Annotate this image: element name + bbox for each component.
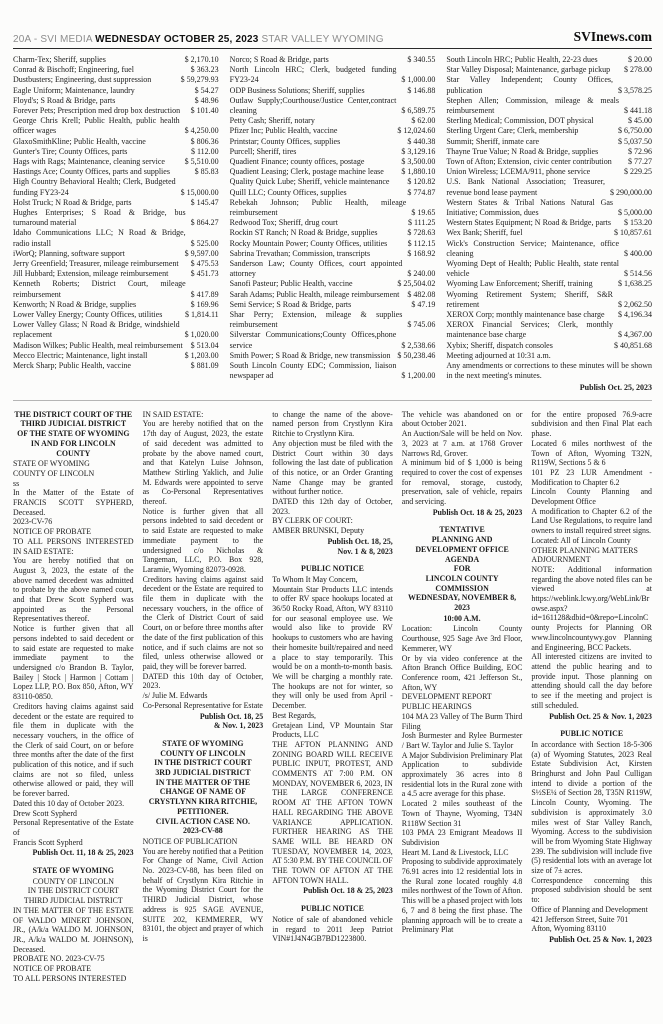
notice-column-4: The vehicle was abandoned on or about Oc… <box>402 410 523 984</box>
notice-paragraph: for the entire proposed 76.9-acre subdiv… <box>531 410 652 439</box>
notice-paragraph: Josh Burmester and Rylee Burmester / Bar… <box>402 731 523 750</box>
expense-vendor-label: Conrad & Bischoff; Engineering, fuel <box>13 65 186 75</box>
notice-paragraph: AMBER BRUNSKI, Deputy <box>272 526 393 536</box>
expense-entry: North Lincoln HRC; Clerk, budgeted fundi… <box>230 65 436 85</box>
expense-amount: $ 169.96 <box>186 300 219 310</box>
expense-amount: $ 12,024.60 <box>392 126 435 136</box>
publish-line: Publish Oct. 25, 2023 <box>446 383 652 393</box>
expense-vendor-label: Quill LLC; County Offices, supplies <box>230 188 403 198</box>
expense-vendor-label: Madison Wilkes; Public Health, meal reim… <box>13 341 186 351</box>
expense-vendor-label: Summit; Sheriff, inmate care <box>446 137 613 147</box>
notice-paragraph: You are hereby notified that on the 17th… <box>143 419 264 506</box>
expense-vendor-label: Idaho Communications LLC; N Road & Bridg… <box>13 228 186 248</box>
expense-amount: $ 745.06 <box>402 320 435 330</box>
notice-paragraph: 2023-CV-76 <box>13 517 134 527</box>
expense-entry: Forever Pets; Prescription med drop box … <box>13 106 219 116</box>
expense-vendor-label: Norco; S Road & Bridge, parts <box>230 55 403 65</box>
expense-vendor-label: Kenneth Roberts; District Court, mileage… <box>13 279 186 299</box>
expense-vendor-label: Kenworth; N Road & Bridge, supplies <box>13 300 186 310</box>
notice-heading: STATE OF WYOMING <box>13 866 134 876</box>
expense-entry: Jill Hubbard; Extension, mileage reimbur… <box>13 269 219 279</box>
expense-entry: Outlaw Supply;Courthouse/Justice Center,… <box>230 96 436 116</box>
expense-entry: South Lincoln County EDC; Commission, li… <box>230 361 436 381</box>
expense-vendor-label: Redwood Tox; Sheriff, drug court <box>230 218 403 228</box>
expense-amount: $ 19.65 <box>406 208 435 218</box>
expense-entry: Wick's Construction Service; Maintenance… <box>446 239 652 259</box>
expense-entry: Western States & Tribal Nations Natural … <box>446 198 652 218</box>
expense-entry: Printstar; County Offices, supplies$ 440… <box>230 137 436 147</box>
notice-paragraph: BY CLERK OF COURT: <box>272 516 393 526</box>
publish-line: Publish Oct. 11, 18 & 25, 2023 <box>13 848 134 858</box>
expense-amount: $ 451.73 <box>186 269 219 279</box>
expense-entry: Quadient Leasing; Clerk, postage machine… <box>230 167 436 177</box>
masthead-location: STAR VALLEY WYOMING <box>262 34 384 45</box>
expense-vendor-label: Shar Perry; Extension, mileage & supplie… <box>230 310 403 330</box>
notice-heading: 10:00 A.M. <box>402 614 523 624</box>
website-name: SVInews.com <box>574 29 652 45</box>
notice-paragraph: NOTICE OF PROBATE <box>13 527 134 537</box>
expense-entry: ODP Business Solutions; Sheriff, supplie… <box>230 86 436 96</box>
expense-vendor-label: Silverstar Communications;County Offices… <box>230 330 397 350</box>
notice-paragraph: Office of Planning and Development <box>531 905 652 915</box>
notice-paragraph: Co-Personal Representative for Estate <box>143 701 264 711</box>
expense-amount: $ 168.92 <box>402 249 435 259</box>
expense-entry: Shar Perry; Extension, mileage & supplie… <box>230 310 436 330</box>
notice-paragraph: In accordance with Section 18-5-306 (a) … <box>531 740 652 876</box>
expense-vendor-label: Sarah Adams; Public Health, mileage reim… <box>230 290 403 300</box>
expense-entry: Petty Cash; Sheriff, notary$ 62.00 <box>230 116 436 126</box>
expense-entry: Stephen Allen; Commission, mileage & mea… <box>446 96 652 116</box>
masthead-left: 20A - SVI MEDIA WEDNESDAY OCTOBER 25, 20… <box>13 34 384 45</box>
notice-paragraph: Located 2 miles southeast of the Town of… <box>402 799 523 828</box>
expense-amount: $ 417.89 <box>186 290 219 300</box>
notice-paragraph: Notice is further given that all persons… <box>143 507 264 575</box>
publish-line: Publish Oct. 25 & Nov. 1, 2023 <box>531 935 652 945</box>
expense-entry: Xybix; Sheriff, dispatch consoles$ 40,85… <box>446 341 652 351</box>
expense-entry: Sanofi Pasteur; Public Health, vaccine$ … <box>230 279 436 289</box>
expense-vendor-label: XEROX Financial Services; Clerk, monthly… <box>446 320 613 340</box>
expense-entry: Rockin ST Ranch; N Road & Bridge, suppli… <box>230 228 436 238</box>
expense-amount: $ 25,504.02 <box>392 279 435 289</box>
notice-paragraph: Notice of sale of abandoned vehicle in r… <box>272 915 393 944</box>
expense-column-3: South Lincoln HRC; Public Health, 22-23 … <box>446 55 652 393</box>
expense-vendor-label: Quadient Leasing; Clerk, postage machine… <box>230 167 397 177</box>
expense-entry: Merck Sharp; Public Health, vaccine$ 881… <box>13 361 219 371</box>
expense-entry: Sanderson Law; County Offices, court app… <box>230 259 436 279</box>
expense-entry: Lower Valley Glass; N Road & Bridge, win… <box>13 320 219 340</box>
expense-amount: $ 4,367.00 <box>613 330 652 340</box>
expense-entry: Dustbusters; Engineering, dust suppressi… <box>13 75 219 85</box>
expense-amount: $ 48.96 <box>190 96 219 106</box>
notice-paragraph: Creditors having claims against said dec… <box>143 575 264 672</box>
notice-paragraph: 103 PMA 23 Emigrant Meadows II Subdivisi… <box>402 828 523 847</box>
expense-amount: $ 85.83 <box>190 167 219 177</box>
notice-paragraph: Dated this 10 day of October 2023. <box>13 799 134 809</box>
expense-vendor-label: Smith Power; S Road & Bridge, new transm… <box>230 351 393 361</box>
notice-paragraph: In the Matter of the Estate of FRANCIS S… <box>13 488 134 517</box>
expense-vendor-label: Sterling Medical; Commission, DOT physic… <box>446 116 623 126</box>
expense-vendor-label: George Chris Krell; Public Health, publi… <box>13 116 180 136</box>
expense-vendor-label: High Country Behavioral Health; Clerk, B… <box>13 177 176 197</box>
expense-vendor-label: iWorQ; Planning, software support <box>13 249 180 259</box>
expense-amount: $ 112.15 <box>403 239 436 249</box>
expense-entry: Purcell; Sheriff, tires$ 3,129.16 <box>230 147 436 157</box>
expense-vendor-label: ODP Business Solutions; Sheriff, supplie… <box>230 86 403 96</box>
expense-entry: GlaxoSmithKline; Public Health, vaccine$… <box>13 137 219 147</box>
expense-entry: Charm-Tex; Sheriff, supplies$ 2,170.10 <box>13 55 219 65</box>
expense-entry: Redwood Tox; Sheriff, drug court$ 111.25 <box>230 218 436 228</box>
expense-vendor-label: Thayne True Value; N Road & Bridge, supp… <box>446 147 623 157</box>
notice-paragraph: The vehicle was abandoned on or about Oc… <box>402 410 523 429</box>
expense-vendor-label: Eagle Uniform; Maintenance, laundry <box>13 86 190 96</box>
expense-vendor-label: Stephen Allen; Commission, mileage & mea… <box>446 96 619 116</box>
notice-paragraph: ss <box>13 479 134 489</box>
expense-vendor-label: Rocky Mountain Power; County Offices, ut… <box>230 239 403 249</box>
notice-paragraph: Drew Scott Sypherd <box>13 809 134 819</box>
notice-paragraph: Afton, Wyoming 83110 <box>531 924 652 934</box>
expense-amount: $ 340.55 <box>402 55 435 65</box>
expense-entry: Quadient Finance; county offices, postag… <box>230 157 436 167</box>
expense-amount: $ 1,880.10 <box>396 167 435 177</box>
notice-heading: PUBLIC NOTICE <box>531 729 652 739</box>
expense-entry: iWorQ; Planning, software support$ 9,597… <box>13 249 219 259</box>
newspaper-page: 20A - SVI MEDIA WEDNESDAY OCTOBER 25, 20… <box>0 0 663 1024</box>
expense-entry: Semi Service; S Road & Bridge, parts$ 47… <box>230 300 436 310</box>
notice-heading: THE DISTRICT COURT OF THE THIRD JUDICIAL… <box>13 410 134 459</box>
expense-vendor-label: Petty Cash; Sheriff, notary <box>230 116 407 126</box>
publish-line: Publish Oct. 25 & Nov. 1, 2023 <box>531 712 652 722</box>
expense-vendor-label: Xybix; Sheriff, dispatch consoles <box>446 341 609 351</box>
expense-vendor-label: South Lincoln HRC; Public Health, 22-23 … <box>446 55 623 65</box>
notice-paragraph: Located: All of Lincoln County <box>531 536 652 546</box>
expense-vendor-label: U.S. Bank National Association; Treasure… <box>446 177 605 197</box>
expense-entry: Hags with Rags; Maintenance, cleaning se… <box>13 157 219 167</box>
expense-amount: $ 514.56 <box>619 269 652 279</box>
notice-column-2: IN SAID ESTATE:You are hereby notified t… <box>143 410 264 984</box>
expense-entry: Sterling Urgent Care; Clerk, membership$… <box>446 126 652 136</box>
expense-vendor-label: Sterling Urgent Care; Clerk, membership <box>446 126 613 136</box>
expense-amount: $ 1,000.00 <box>396 75 435 85</box>
notice-heading: PUBLIC NOTICE <box>272 564 393 574</box>
notice-paragraph: Proposing to subdivide approximately 76.… <box>402 857 523 935</box>
expense-amount: $ 6,750.00 <box>613 126 652 136</box>
expense-vendor-label: Jill Hubbard; Extension, mileage reimbur… <box>13 269 186 279</box>
expense-amount: $ 482.08 <box>402 290 435 300</box>
expense-vendor-label: Hughes Enterprises; S Road & Bridge, bus… <box>13 208 186 228</box>
expense-amount: $ 2,538.66 <box>396 341 435 351</box>
expense-amount: $ 240.00 <box>402 269 435 279</box>
notice-paragraph: Personal Representative of the Estate of <box>13 818 134 837</box>
expense-entry: Hastings Ace; County Offices, parts and … <box>13 167 219 177</box>
expense-vendor-label: Jerry Greenfield; Treasurer, mileage rei… <box>13 259 186 269</box>
expense-entry: Rebekah Johnson; Public Health, mileage … <box>230 198 436 218</box>
expense-entry: Madison Wilkes; Public Health, meal reim… <box>13 341 219 351</box>
minutes-footnote: Any amendments or corrections to these m… <box>446 361 652 381</box>
notice-paragraph: IN SAID ESTATE: <box>143 410 264 420</box>
expense-vendor-label: Merck Sharp; Public Health, vaccine <box>13 361 186 371</box>
expense-vendor-label: Rebekah Johnson; Public Health, mileage … <box>230 198 407 218</box>
expense-amount: $ 400.00 <box>619 249 652 259</box>
expense-entry: Norco; S Road & Bridge, parts$ 340.55 <box>230 55 436 65</box>
notice-paragraph: STATE OF WYOMING <box>13 459 134 469</box>
expense-amount: $ 120.82 <box>402 177 435 187</box>
expense-vendor-label: Charm-Tex; Sheriff, supplies <box>13 55 180 65</box>
notice-paragraph: Francis Scott Sypherd <box>13 838 134 848</box>
expense-entry: George Chris Krell; Public Health, publi… <box>13 116 219 136</box>
expense-entry: Wyoming Dept of Health; Public Health, s… <box>446 259 652 279</box>
expense-amount: $ 1,638.25 <box>613 279 652 289</box>
notice-paragraph: OTHER PLANNING MATTERS <box>531 546 652 556</box>
expense-amount: $ 6,589.75 <box>396 106 435 116</box>
notice-paragraph: Located 6 miles northwest of the Town of… <box>531 439 652 468</box>
expense-vendor-label: Sanderson Law; County Offices, court app… <box>230 259 403 279</box>
expense-amount: $ 54.27 <box>190 86 219 96</box>
expense-amount: $ 72.96 <box>623 147 652 157</box>
expense-vendor-label: Purcell; Sheriff, tires <box>230 147 397 157</box>
notice-paragraph: Heart M. Land & Livestock, LLC <box>402 848 523 858</box>
masthead: 20A - SVI MEDIA WEDNESDAY OCTOBER 25, 20… <box>13 0 652 49</box>
expense-vendor-label: Quality Quick Lube; Sheriff, vehicle mai… <box>230 177 403 187</box>
expense-vendor-label: Mecco Electric; Maintenance, light insta… <box>13 351 180 361</box>
expense-amount: $ 101.40 <box>186 106 219 116</box>
expense-entry: Summit; Sheriff, inmate care$ 5,037.50 <box>446 137 652 147</box>
notice-paragraph: A minimum bid of $ 1,000 is being requir… <box>402 458 523 507</box>
expense-amount: $ 20.00 <box>623 55 652 65</box>
notice-paragraph: A Major Subdivision Preliminary Plat App… <box>402 751 523 800</box>
notice-paragraph: DEVELOPMENT REPORT <box>402 692 523 702</box>
notice-paragraph: /s/ Julie M. Edwards <box>143 691 264 701</box>
expense-entry: Conrad & Bischoff; Engineering, fuel$ 36… <box>13 65 219 75</box>
expense-entry: Holst Truck; N Road & Bridge, parts$ 145… <box>13 198 219 208</box>
expense-vendor-label: XEROX Corp; monthly maintenance base cha… <box>446 310 613 320</box>
publish-line: Publish Oct. 18 & 25, 2023 <box>402 508 523 518</box>
expense-entry: Silverstar Communications;County Offices… <box>230 330 436 350</box>
expense-amount: $ 3,129.16 <box>396 147 435 157</box>
expense-vendor-label: Pfizer Inc; Public Health, vaccine <box>230 126 393 136</box>
expense-entry: Wyoming Retirement System; Sheriff, S&R … <box>446 290 652 310</box>
expense-vendor-label: North Lincoln HRC; Clerk, budgeted fundi… <box>230 65 397 85</box>
expense-vendor-label: Wex Bank; Sheriff, fuel <box>446 228 609 238</box>
expense-vendor-label: Hags with Rags; Maintenance, cleaning se… <box>13 157 180 167</box>
notice-paragraph: You are hereby notified that on August 3… <box>13 556 134 624</box>
expense-vendor-label: Dustbusters; Engineering, dust suppressi… <box>13 75 176 85</box>
expense-amount: $ 112.00 <box>186 147 219 157</box>
notice-paragraph: Best Regards, <box>272 711 393 721</box>
expense-entry: XEROX Financial Services; Clerk, monthly… <box>446 320 652 340</box>
expense-amount: $ 62.00 <box>406 116 435 126</box>
expense-amount: $ 363.23 <box>186 65 219 75</box>
notice-paragraph: PUBLIC HEARINGS <box>402 702 523 712</box>
expense-entry: Star Valley Independent; County Offices,… <box>446 75 652 95</box>
publish-line: Publish Oct. 18, 25, Nov. 1 & 8, 2023 <box>272 537 393 556</box>
expense-entry: Star Valley Disposal; Maintenance, garba… <box>446 65 652 75</box>
expense-amount: $ 45.00 <box>623 116 652 126</box>
expense-amount: $ 146.88 <box>402 86 435 96</box>
notice-column-5: for the entire proposed 76.9-acre subdiv… <box>531 410 652 984</box>
expense-amount: $ 229.25 <box>619 167 652 177</box>
notice-centered-line: COUNTY OF LINCOLN IN THE DISTRICT COURT … <box>13 877 134 906</box>
notice-paragraph: COUNTY OF LINCOLN <box>13 469 134 479</box>
expense-amount: $ 59,279.93 <box>176 75 219 85</box>
expense-entry: Kenworth; N Road & Bridge, supplies$ 169… <box>13 300 219 310</box>
expense-entry: Sarah Adams; Public Health, mileage reim… <box>230 290 436 300</box>
notice-column-1: THE DISTRICT COURT OF THE THIRD JUDICIAL… <box>13 410 134 984</box>
expense-amount: $ 3,500.00 <box>396 157 435 167</box>
notice-paragraph: PROBATE NO. 2023-CV-75 <box>13 954 134 964</box>
expense-entry: Quality Quick Lube; Sheriff, vehicle mai… <box>230 177 436 187</box>
notice-paragraph: DATED this 12th day of October, 2023. <box>272 497 393 516</box>
expense-column-2: Norco; S Road & Bridge, parts$ 340.55Nor… <box>230 55 436 393</box>
expense-amount: $ 5,510.00 <box>180 157 219 167</box>
notice-paragraph: 101 PZ 23 LUR Amendment - Modification t… <box>531 468 652 487</box>
expense-amount: $ 475.53 <box>186 259 219 269</box>
expense-vendor-label: Sabrina Trevathan; Commission, transcrip… <box>230 249 403 259</box>
expense-amount: $ 806.36 <box>186 137 219 147</box>
expense-entry: Pfizer Inc; Public Health, vaccine$ 12,0… <box>230 126 436 136</box>
expense-vendor-label: Hastings Ace; County Offices, parts and … <box>13 167 190 177</box>
expense-amount: $ 441.18 <box>619 106 652 116</box>
notice-paragraph: Location: Lincoln County Courthouse, 925… <box>402 624 523 653</box>
notice-paragraph: ADJOURNMENT <box>531 555 652 565</box>
expense-amount: $ 881.09 <box>186 361 219 371</box>
expense-amount: $ 278.00 <box>619 65 652 75</box>
expense-entry: Town of Afton; Extension, civic center c… <box>446 157 652 167</box>
notice-paragraph: TO ALL PERSONS INTERESTED IN SAID ESTATE… <box>13 537 134 556</box>
expense-amount: $ 290,000.00 <box>605 188 652 198</box>
expense-entry: Quill LLC; County Offices, supplies$ 774… <box>230 188 436 198</box>
expense-amount: $ 1,203.00 <box>180 351 219 361</box>
expense-vendor-label: Floyd's; S Road & Bridge, parts <box>13 96 190 106</box>
notice-paragraph: 421 Jefferson Street, Suite 701 <box>531 915 652 925</box>
expense-vendor-label: Wick's Construction Service; Maintenance… <box>446 239 619 259</box>
notices-section: THE DISTRICT COURT OF THE THIRD JUDICIAL… <box>13 401 652 984</box>
notice-paragraph: to change the name of the above-named pe… <box>272 410 393 439</box>
expense-amount: $ 864.27 <box>186 218 219 228</box>
expense-amount: $ 728.63 <box>402 228 435 238</box>
expense-entry: Sterling Medical; Commission, DOT physic… <box>446 116 652 126</box>
expense-amount: $ 15,000.00 <box>176 188 219 198</box>
notice-column-3: to change the name of the above-named pe… <box>272 410 393 984</box>
expense-vendor-label: Wyoming Dept of Health; Public Health, s… <box>446 259 619 279</box>
notice-paragraph: NOTICE OF PROBATE <box>13 964 134 974</box>
expense-vendor-label: Rockin ST Ranch; N Road & Bridge, suppli… <box>230 228 403 238</box>
expense-vendor-label: Sanofi Pasteur; Public Health, vaccine <box>230 279 393 289</box>
expense-amount: $ 145.47 <box>186 198 219 208</box>
notice-heading: PUBLIC NOTICE <box>272 904 393 914</box>
notice-paragraph: THE AFTON PLANNING AND ZONING BOARD WILL… <box>272 740 393 886</box>
expense-vendor-label: Gunter's Tire; County Offices, parts <box>13 147 186 157</box>
expense-amount: $ 50,238.46 <box>392 351 435 361</box>
masthead-date: WEDNESDAY OCTOBER 25, 2023 <box>95 34 258 45</box>
expense-entry: Lower Valley Energy; County Offices, uti… <box>13 310 219 320</box>
notice-paragraph: NOTE: Additional information regarding t… <box>531 565 652 652</box>
expense-vendor-label: Star Valley Independent; County Offices,… <box>446 75 613 95</box>
expense-amount: $ 10,857.61 <box>609 228 652 238</box>
expense-amount: $ 2,170.10 <box>180 55 219 65</box>
notice-paragraph: An Auction/Sale will be held on Nov. 3, … <box>402 429 523 458</box>
expense-amount: $ 153.20 <box>619 218 652 228</box>
expense-vendor-label: Town of Afton; Extension, civic center c… <box>446 157 623 167</box>
notice-paragraph: 104 MA 23 Valley of The Burm Third Filin… <box>402 712 523 731</box>
notice-paragraph: Or by via video conference at the Afton … <box>402 654 523 693</box>
expense-vendor-label: Western States & Tribal Nations Natural … <box>446 198 613 218</box>
notice-paragraph: Correspondence concerning this proposed … <box>531 876 652 905</box>
expense-amount: $ 3,578.25 <box>613 86 652 96</box>
expense-vendor-label: Union Wireless; LCEMA/911, phone service <box>446 167 619 177</box>
expense-amount: $ 5,037.50 <box>613 137 652 147</box>
notice-heading: STATE OF WYOMING COUNTY OF LINCOLN IN TH… <box>143 739 264 836</box>
expense-entry: Smith Power; S Road & Bridge, new transm… <box>230 351 436 361</box>
expense-entry: Western States Equipment; N Road & Bridg… <box>446 218 652 228</box>
notice-paragraph: TO ALL PERSONS INTERESTED <box>13 974 134 984</box>
expense-vendor-label: Star Valley Disposal; Maintenance, garba… <box>446 65 619 75</box>
publish-line: Publish Oct. 18, 25 & Nov. 1, 2023 <box>143 712 264 731</box>
expense-amount: $ 1,200.00 <box>396 371 435 381</box>
expense-vendor-label: Lower Valley Energy; County Offices, uti… <box>13 310 180 320</box>
expense-vendor-label: Quadient Finance; county offices, postag… <box>230 157 397 167</box>
publish-line: Publish Oct. 18 & 25, 2023 <box>272 886 393 896</box>
expense-vendor-label: Wyoming Retirement System; Sheriff, S&R … <box>446 290 613 310</box>
expense-entry: Sabrina Trevathan; Commission, transcrip… <box>230 249 436 259</box>
expense-vendor-label: Outlaw Supply;Courthouse/Justice Center,… <box>230 96 397 116</box>
expense-amount: $ 40,851.68 <box>609 341 652 351</box>
notice-paragraph: Notice is further given that all persons… <box>13 624 134 702</box>
expense-entry: Floyd's; S Road & Bridge, parts$ 48.96 <box>13 96 219 106</box>
expense-amount: $ 1,814.11 <box>180 310 219 320</box>
expense-vendor-label: Semi Service; S Road & Bridge, parts <box>230 300 407 310</box>
notice-paragraph: IN THE MATTER OF THE ESTATE OF WALDO MIN… <box>13 906 134 955</box>
expense-entry: Idaho Communications LLC; N Road & Bridg… <box>13 228 219 248</box>
expense-entry: Kenneth Roberts; District Court, mileage… <box>13 279 219 299</box>
notice-paragraph: To Whom It May Concern, <box>272 575 393 585</box>
expense-amount: $ 440.38 <box>402 137 435 147</box>
expense-amount: $ 1,020.00 <box>180 330 219 340</box>
expense-vendor-label: Wyoming Law Enforcement; Sheriff, traini… <box>446 279 613 289</box>
expense-entry: Eagle Uniform; Maintenance, laundry$ 54.… <box>13 86 219 96</box>
notice-paragraph: Gretajean Lind, VP Mountain Star Product… <box>272 721 393 740</box>
expense-amount: $ 5,000.00 <box>613 208 652 218</box>
expense-amount: $ 111.25 <box>403 218 435 228</box>
notice-paragraph: All interested citizens are invited to a… <box>531 652 652 710</box>
expense-amount: $ 47.19 <box>406 300 435 310</box>
notice-heading: TENTATIVE PLANNING AND DEVELOPMENT OFFIC… <box>402 525 523 612</box>
expense-amount: $ 4,250.00 <box>180 126 219 136</box>
notice-paragraph: DATED this 10th day of October, 2023. <box>143 672 264 691</box>
expense-amount: $ 774.87 <box>402 188 435 198</box>
minutes-footnote: Meeting adjourned at 10:31 a.m. <box>446 351 652 361</box>
expense-amount: $ 77.27 <box>623 157 652 167</box>
expense-entry: Wyoming Law Enforcement; Sheriff, traini… <box>446 279 652 289</box>
expense-amount: $ 525.00 <box>186 239 219 249</box>
expense-entry: U.S. Bank National Association; Treasure… <box>446 177 652 197</box>
expense-entry: High Country Behavioral Health; Clerk, B… <box>13 177 219 197</box>
expense-amount: $ 2,062.50 <box>613 300 652 310</box>
expense-amount: $ 9,597.00 <box>180 249 219 259</box>
expense-vendor-label: GlaxoSmithKline; Public Health, vaccine <box>13 137 186 147</box>
expense-vendor-label: Holst Truck; N Road & Bridge, parts <box>13 198 186 208</box>
expense-entry: XEROX Corp; monthly maintenance base cha… <box>446 310 652 320</box>
notice-paragraph: Any objection must be filed with the Dis… <box>272 439 393 497</box>
expense-entry: Gunter's Tire; County Offices, parts$ 11… <box>13 147 219 157</box>
page-label: 20A - SVI MEDIA <box>13 34 92 45</box>
notice-paragraph: Mountain Star Products LLC intends to of… <box>272 585 393 711</box>
expense-entry: Rocky Mountain Power; County Offices, ut… <box>230 239 436 249</box>
expense-vendor-label: Forever Pets; Prescription med drop box … <box>13 106 186 116</box>
expense-vendor-label: Western States Equipment; N Road & Bridg… <box>446 218 619 228</box>
expense-entry: Union Wireless; LCEMA/911, phone service… <box>446 167 652 177</box>
expense-amount: $ 513.04 <box>186 341 219 351</box>
notice-paragraph: NOTICE OF PUBLICATION <box>143 837 264 847</box>
